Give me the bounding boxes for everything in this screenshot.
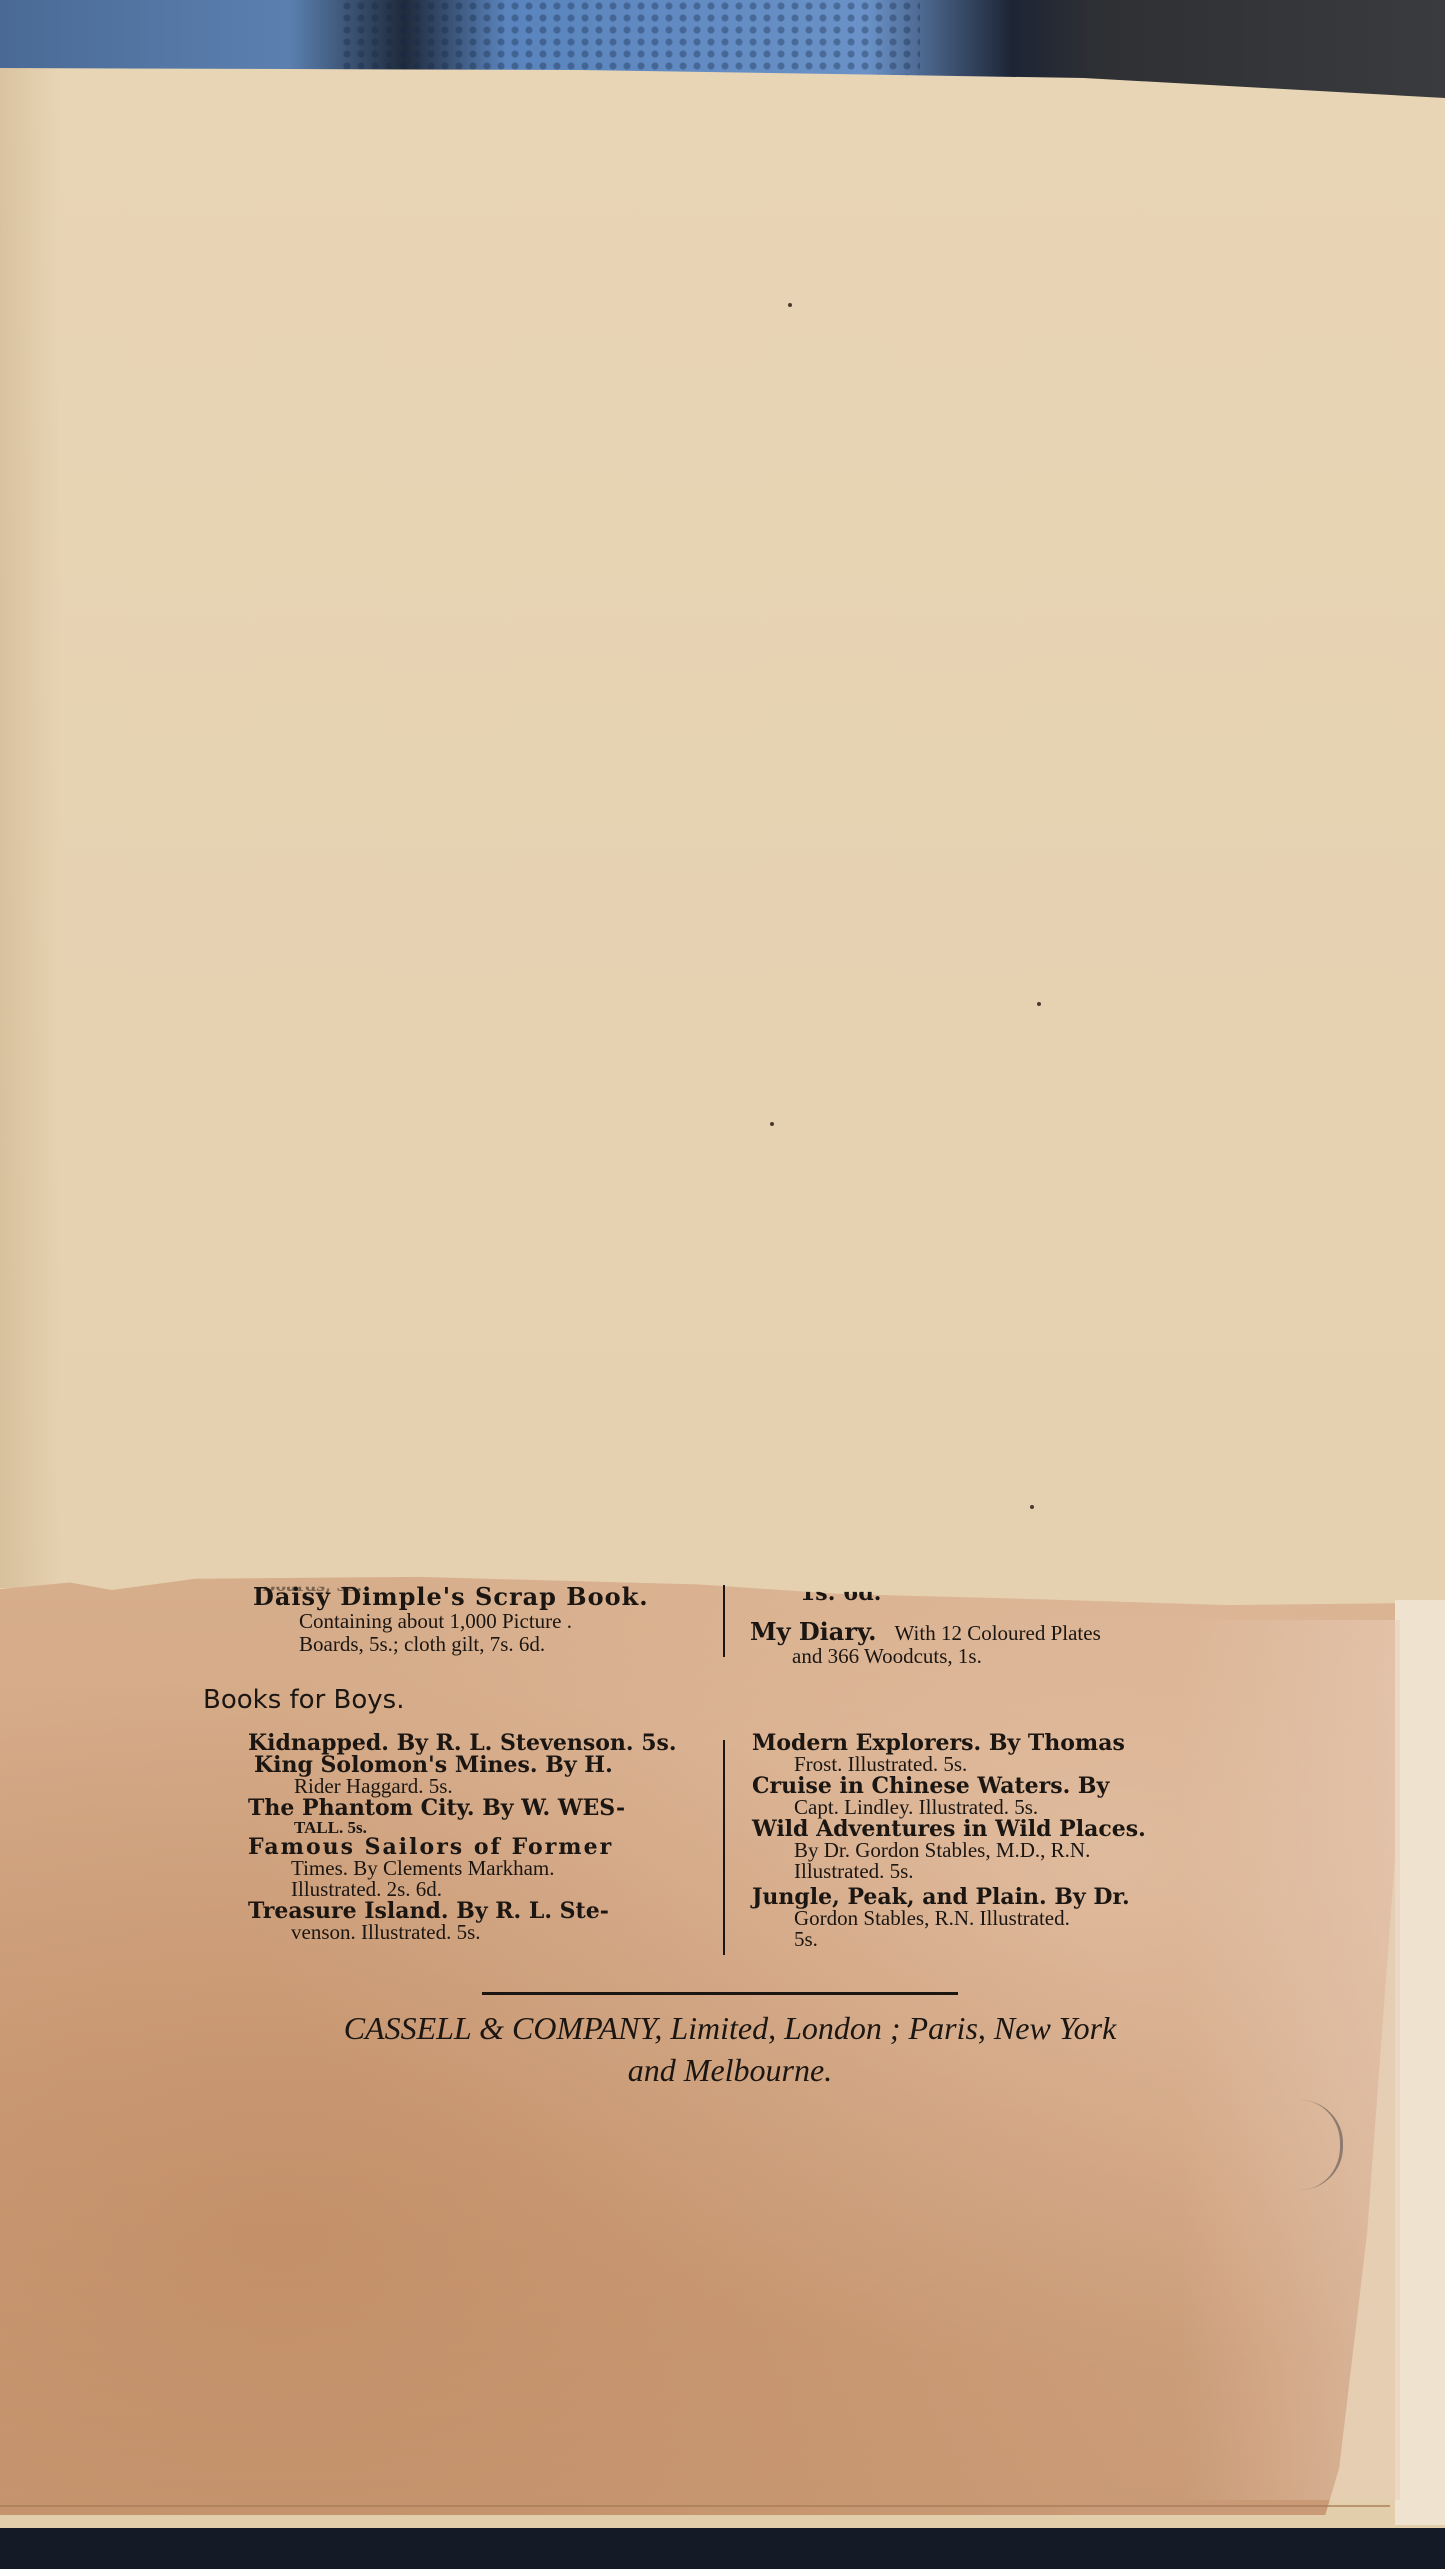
book-entry-line: Gordon Stables, R.N. Illustrated. (794, 1908, 1146, 1929)
book-entry-line: Illustrated. 2s. 6d. (291, 1879, 677, 1900)
book-entry-wild-adventures: Wild Adventures in Wild Places. (752, 1818, 1146, 1840)
entry-line: Containing about 1,000 Picture . (299, 1611, 649, 1632)
speck (770, 1122, 774, 1126)
book-entry-line: Frost. Illustrated. 5s. (794, 1754, 1146, 1775)
book-entry-line: venson. Illustrated. 5s. (291, 1922, 677, 1943)
entry-daisy-dimple: Daisy Dimple's Scrap Book. Containing ab… (253, 1585, 649, 1655)
book-entry-line: Times. By Clements Markham. (291, 1858, 677, 1879)
book-entry-line: Capt. Lindley. Illustrated. 5s. (794, 1797, 1146, 1818)
publisher-imprint-cities: and Melbourne. (180, 2052, 1280, 2089)
horizontal-rule (482, 1992, 958, 1995)
page-edge (1395, 1600, 1445, 2525)
entry-title-rest: With 12 Coloured Plates (895, 1621, 1101, 1645)
page-fold-line (0, 2505, 1390, 2507)
entry-line: Boards, 5s.; cloth gilt, 7s. 6d. (299, 1634, 649, 1655)
book-entry-modern-explorers: Modern Explorers. By Thomas (752, 1732, 1146, 1754)
book-entry-famous-sailors: Famous Sailors of Former (248, 1836, 677, 1858)
entry-line: and 366 Woodcuts, 1s. (792, 1646, 1101, 1667)
entry-title: My Diary. (750, 1617, 877, 1646)
entry-my-diary: My Diary. With 12 Coloured Plates and 36… (750, 1620, 1101, 1667)
book-entry-line: By Dr. Gordon Stables, M.D., R.N. (794, 1840, 1146, 1861)
book-entry-king-solomons-mines: King Solomon's Mines. By H. (254, 1754, 677, 1776)
column-divider-upper (723, 1585, 725, 1657)
book-entry-treasure-island: Treasure Island. By R. L. Ste- (248, 1900, 677, 1922)
background-bottom (0, 2525, 1445, 2569)
book-entry-line: Rider Haggard. 5s. (294, 1776, 677, 1797)
book-entry-jungle-peak-plain: Jungle, Peak, and Plain. By Dr. (752, 1886, 1146, 1908)
boys-books-right-column: Modern Explorers. By Thomas Frost. Illus… (752, 1732, 1146, 1950)
publisher-imprint: CASSELL & COMPANY, Limited, London ; Par… (180, 2010, 1280, 2047)
book-entry-cruise-chinese-waters: Cruise in Chinese Waters. By (752, 1775, 1146, 1797)
book-entry-line: Illustrated. 5s. (794, 1861, 1146, 1882)
book-entry-kidnapped: Kidnapped. By R. L. Stevenson. 5s. (248, 1732, 677, 1754)
column-divider-lower (723, 1740, 725, 1955)
section-heading: Books for Boys. (203, 1685, 404, 1715)
speck (1037, 1002, 1041, 1006)
speck (788, 303, 792, 307)
book-entry-line: 5s. (794, 1929, 1146, 1950)
book-entry-phantom-city: The Phantom City. By W. WES- (248, 1797, 677, 1819)
speck (1030, 1505, 1034, 1509)
entry-title: Daisy Dimple's Scrap Book. (253, 1585, 649, 1609)
page-gutter-shadow (0, 68, 60, 1588)
boys-books-left-column: Kidnapped. By R. L. Stevenson. 5s. King … (248, 1732, 677, 1943)
